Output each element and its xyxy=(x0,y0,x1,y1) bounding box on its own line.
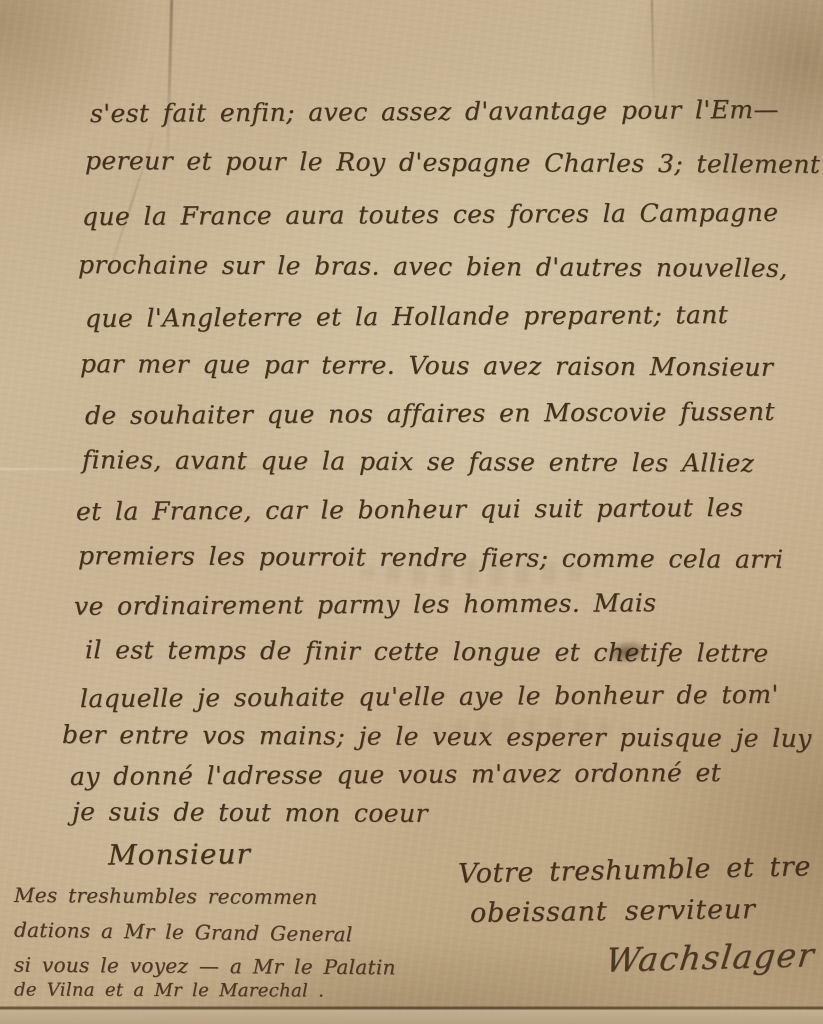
letter-line: laquelle je souhaite qu'elle aye le bonh… xyxy=(80,680,779,713)
letter-line: prochaine sur le bras. avec bien d'autre… xyxy=(78,250,788,283)
letter-line: ve ordinairement parmy les hommes. Mais xyxy=(74,588,657,621)
letter-line: finies, avant que la paix se fasse entre… xyxy=(82,445,754,478)
page-bottom-edge xyxy=(0,1004,823,1024)
letter-line: ber entre vos mains; je le veux esperer … xyxy=(62,720,812,753)
letter-line: je suis de tout mon coeur xyxy=(72,797,428,828)
closing-line: obeissant serviteur xyxy=(470,894,756,929)
letter-line: il est temps de finir cette longue et ch… xyxy=(85,635,769,668)
letter-line: ay donné l'adresse que vous m'avez ordon… xyxy=(70,758,721,791)
letter-line: pereur et pour le Roy d'espagne Charles … xyxy=(85,146,820,179)
letter-line: que l'Angleterre et la Hollande preparen… xyxy=(85,300,728,333)
letter-line: premiers les pourroit rendre fiers; comm… xyxy=(78,541,784,574)
letter-line: que la France aura toutes ces forces la … xyxy=(82,198,779,231)
fold-crease-vertical-left xyxy=(166,0,173,170)
letter-line: s'est fait enfin; avec assez d'avantage … xyxy=(90,95,779,128)
salutation: Monsieur xyxy=(108,837,251,871)
letter-line: par mer que par terre. Vous avez raison … xyxy=(80,349,773,382)
letter-page: s'est fait enfin; avec assez d'avantage … xyxy=(0,0,823,1024)
letter-line: de souhaiter que nos affaires en Moscovi… xyxy=(85,397,775,430)
postscript-line: si vous le voyez — a Mr le Palatin xyxy=(14,953,396,980)
closing-line: Votre treshumble et tre xyxy=(458,851,812,889)
postscript-line: de Vilna et a Mr le Marechal . xyxy=(14,979,324,1001)
postscript-line: Mes treshumbles recommen xyxy=(14,883,318,909)
signature: Wachslager xyxy=(604,935,817,980)
postscript-line: dations a Mr le Grand General xyxy=(14,918,353,947)
letter-line: et la France, car le bonheur qui suit pa… xyxy=(76,493,744,526)
